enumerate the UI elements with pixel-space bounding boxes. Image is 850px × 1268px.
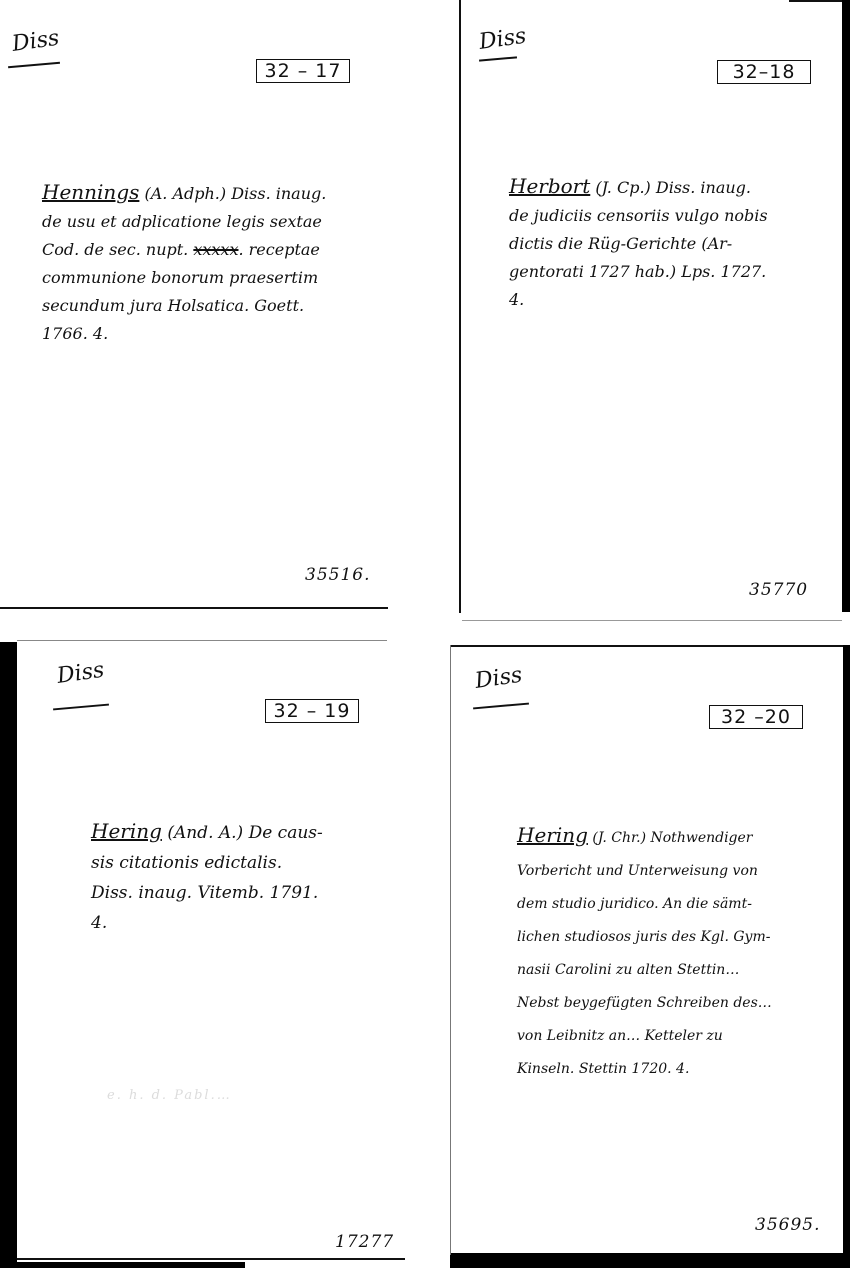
card-left-edge <box>459 0 461 613</box>
accession-number: 35770 <box>749 580 808 600</box>
scan-border-bottom-left <box>0 1262 245 1268</box>
catalog-entry: Herbort (J. Cp.) Diss. inaug. de judicii… <box>509 172 768 314</box>
label-underline <box>53 704 109 710</box>
shelfmark-box: 32 – 19 <box>265 699 359 723</box>
scan-border-left-bottom <box>0 642 17 1268</box>
author-name: Hennings <box>42 180 139 204</box>
catalog-entry: Hering (And. A.) De caus- sis citationis… <box>91 816 323 938</box>
shelfmark-box: 32 –20 <box>709 705 803 729</box>
label-underline <box>473 703 529 709</box>
card-bottom-edge <box>0 607 388 609</box>
shelfmark-box: 32–18 <box>717 60 811 84</box>
accession-number: 35516. <box>305 565 370 585</box>
card-category-label: Diss <box>11 26 61 57</box>
catalog-entry: Hennings (A. Adph.) Diss. inaug. de usu … <box>42 178 326 348</box>
scan-border-bottom-right <box>450 1253 850 1268</box>
card-category-label: Diss <box>56 658 106 689</box>
catalog-card-32-20: Diss 32 –20 Hering (J. Chr.) Nothwendige… <box>451 645 843 1253</box>
catalog-card-32-18: Diss 32–18 Herbort (J. Cp.) Diss. inaug.… <box>459 0 842 613</box>
card-top-edge <box>451 645 843 647</box>
accession-number: 35695. <box>755 1215 820 1235</box>
faded-pencil-note: e. h. d. Pabl.… <box>107 1088 232 1103</box>
shelfmark-box: 32 – 17 <box>256 59 350 83</box>
struck-word: xxxxx <box>193 240 238 259</box>
author-name: Hering <box>91 819 162 843</box>
scan-border-right-top <box>842 0 850 612</box>
author-name: Herbort <box>509 174 590 198</box>
label-underline <box>479 56 517 61</box>
card-category-label: Diss <box>478 24 528 55</box>
label-underline <box>8 62 60 68</box>
scan-border-right-bottom <box>843 645 850 1255</box>
card-shadow-line <box>462 620 842 621</box>
card-top-edge <box>789 0 842 2</box>
author-name: Hering <box>517 823 588 847</box>
catalog-card-32-19-body: Diss 32 – 19 Hering (And. A.) De caus- s… <box>17 640 450 1260</box>
card-bottom-edge <box>17 1258 405 1260</box>
catalog-entry: Hering (J. Chr.) Nothwendiger Vorbericht… <box>517 819 772 1086</box>
card-category-label: Diss <box>474 663 524 694</box>
accession-number: 17277 <box>335 1232 394 1252</box>
card-top-edge <box>17 640 387 641</box>
catalog-card-32-17: Diss 32 – 17 Hennings (A. Adph.) Diss. i… <box>0 0 388 609</box>
